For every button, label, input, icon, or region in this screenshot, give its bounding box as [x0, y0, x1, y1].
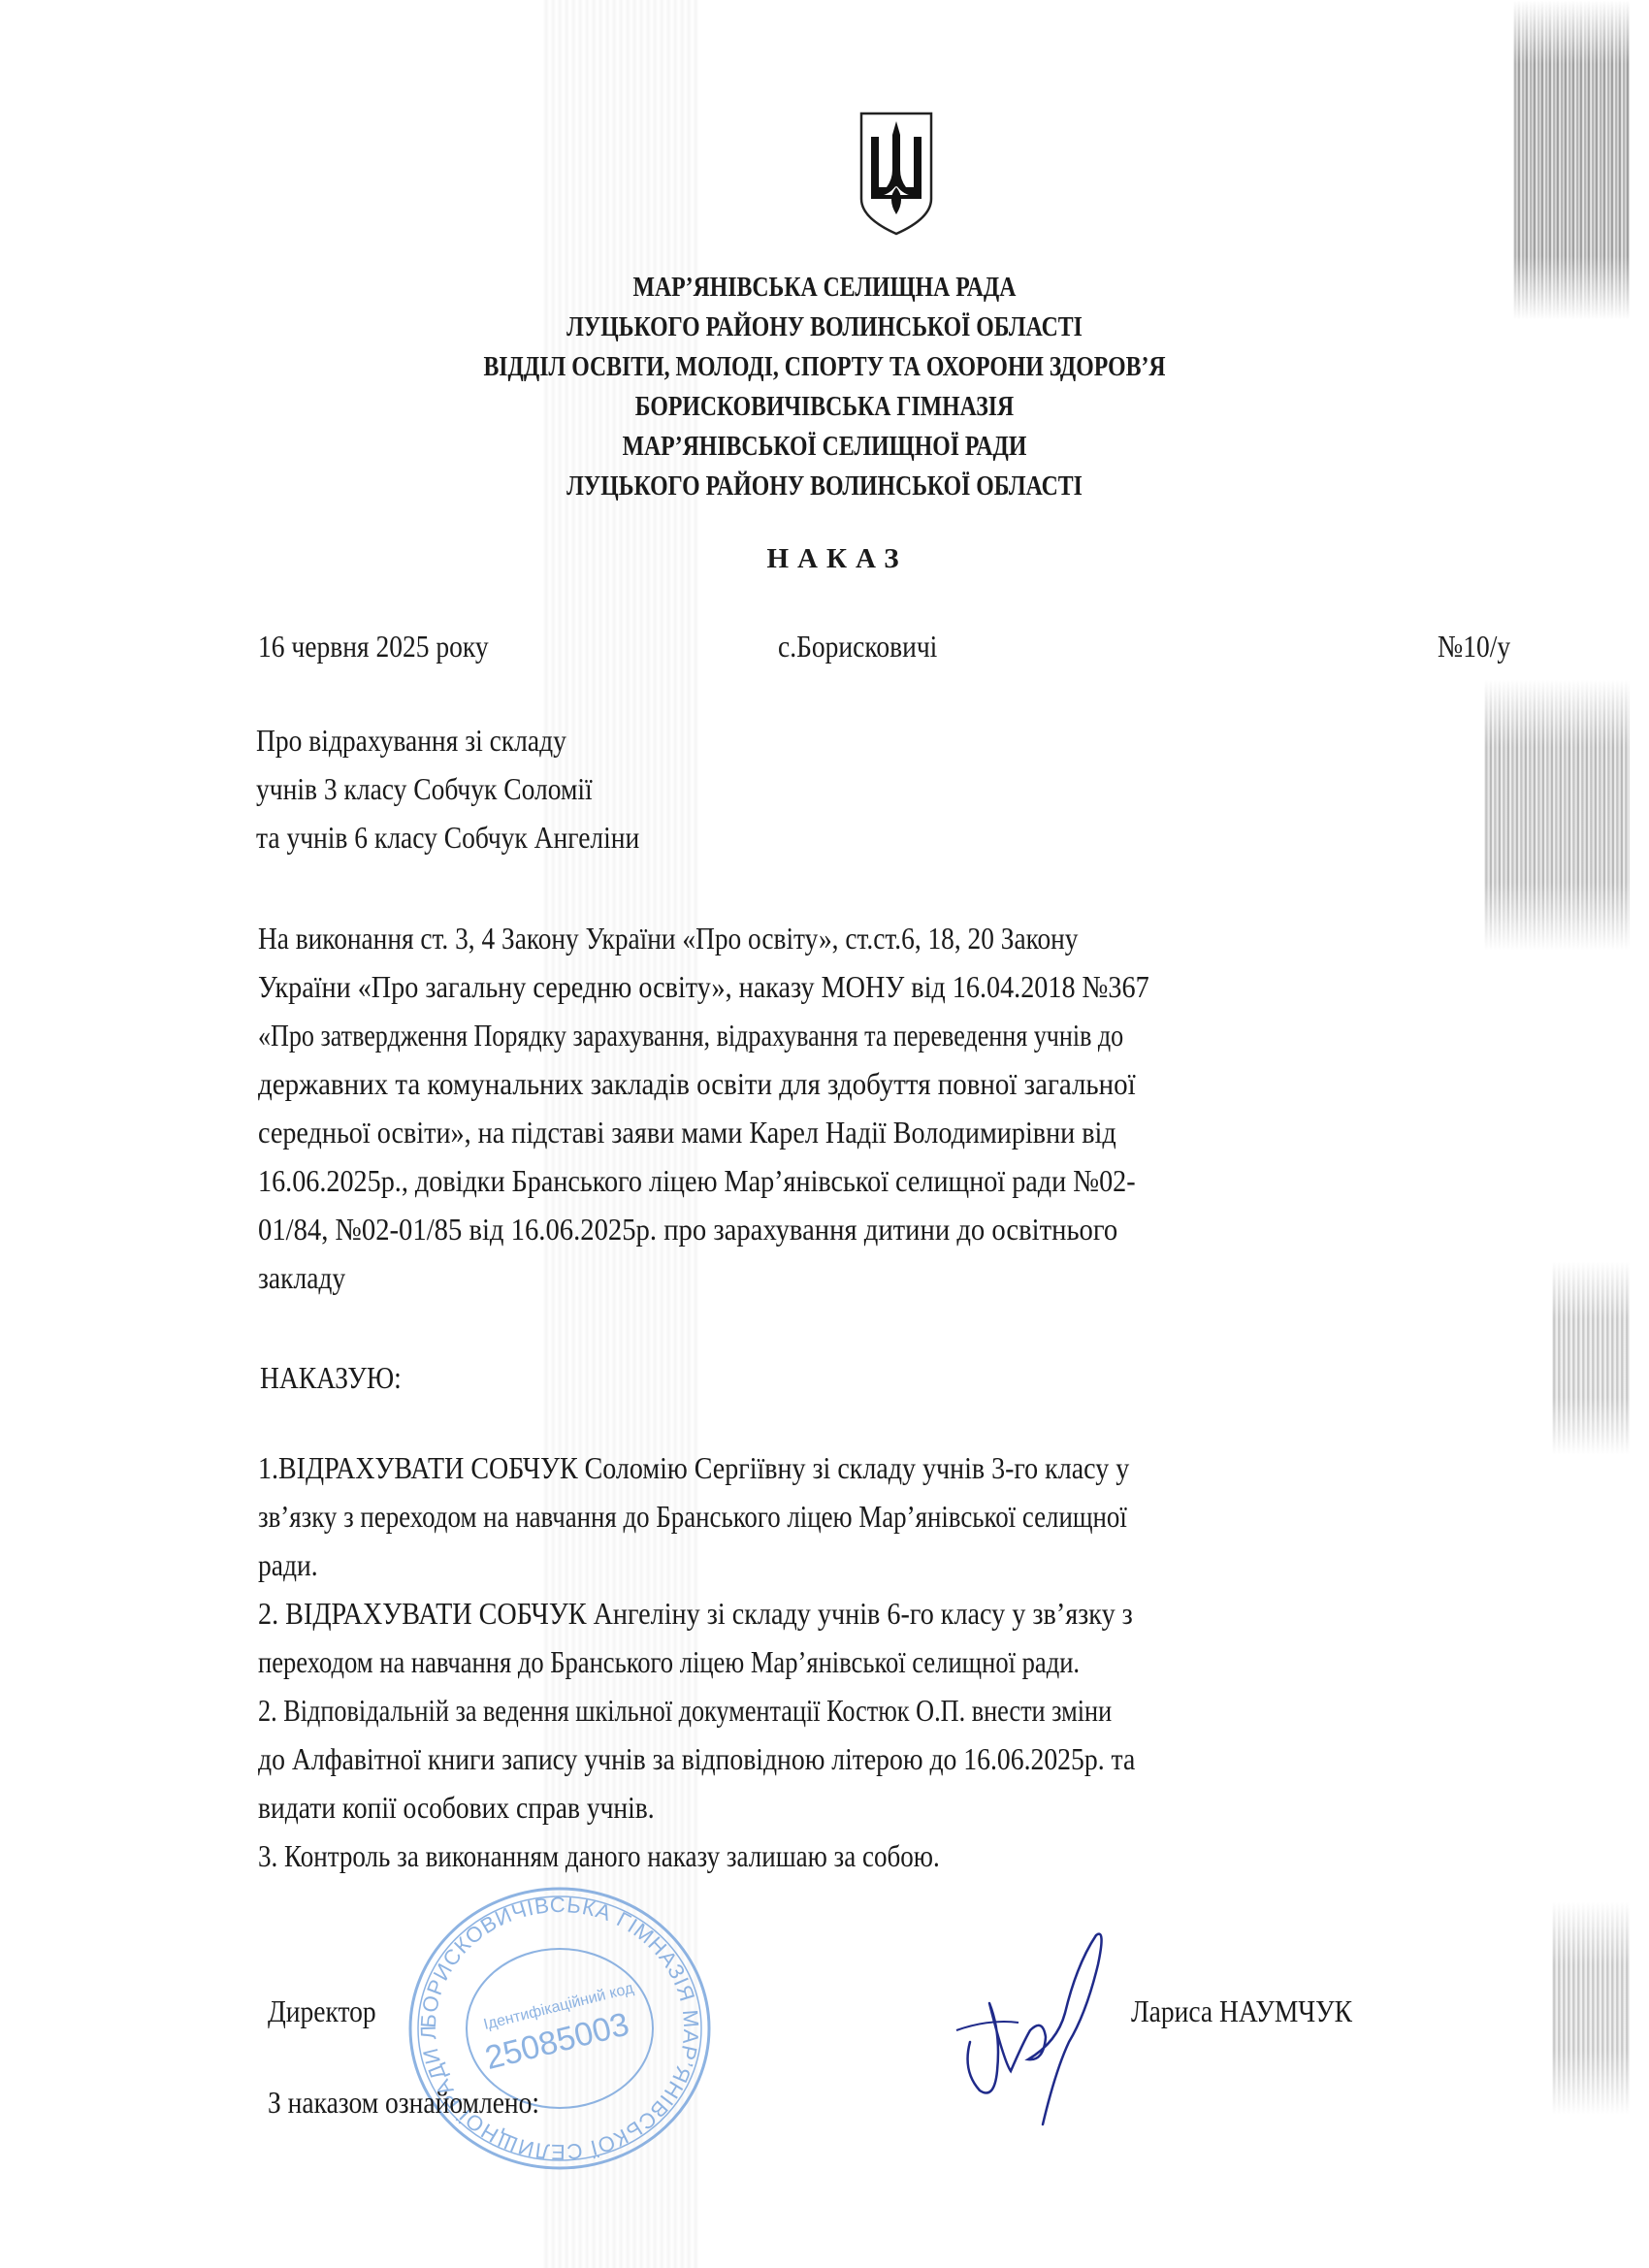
header-line: МАР’ЯНІВСЬКОЇ СЕЛИЩНОЇ РАДИ: [148, 427, 1501, 467]
preamble-line: 16.06.2025р., довідки Бранського ліцею М…: [258, 1156, 1449, 1205]
order-item-line: до Алфавітної книги запису учнів за відп…: [258, 1734, 1429, 1783]
order-item-line: ради.: [258, 1540, 1422, 1589]
order-item-line: 2. ВІДРАХУВАТИ СОБЧУК Ангеліну зі складу…: [258, 1589, 1449, 1637]
handwritten-signature-icon: [951, 1926, 1125, 2129]
signatory-role: Директор: [268, 1993, 376, 2029]
order-preamble: На виконання ст. 3, 4 Закону України «Пр…: [258, 914, 1611, 1302]
order-item-line: зв’язку з переходом на навчання до Бранс…: [258, 1492, 1395, 1540]
order-item-line: 2. Відповідальній за ведення шкільної до…: [258, 1686, 1368, 1734]
order-place: с.Борисковичі: [778, 629, 937, 664]
subject-line: та учнів 6 класу Собчук Ангеліни: [256, 813, 639, 861]
preamble-line: На виконання ст. 3, 4 Закону України «Пр…: [258, 914, 1415, 962]
signatory-name: Лариса НАУМЧУК: [1131, 1993, 1352, 2029]
order-item-line: 3. Контроль за виконанням даного наказу …: [258, 1831, 1402, 1880]
order-items: 1.ВІДРАХУВАТИ СОБЧУК Соломію Сергіївну з…: [258, 1443, 1611, 1880]
header-line: ЛУЦЬКОГО РАЙОНУ ВОЛИНСЬКОЇ ОБЛАСТІ: [148, 308, 1501, 347]
acknowledgement-label: З наказом ознайомлено:: [268, 2085, 539, 2121]
coat-of-arms-icon: [857, 110, 935, 236]
order-subject: Про відрахування зі складу учнів 3 класу…: [256, 716, 702, 861]
preamble-line: 01/84, №02-01/85 від 16.06.2025р. про за…: [258, 1205, 1470, 1253]
institution-header: МАР’ЯНІВСЬКА СЕЛИЩНА РАДА ЛУЦЬКОГО РАЙОН…: [0, 268, 1649, 506]
order-number: №10/у: [1438, 629, 1510, 664]
preamble-line: середньої освіти», на підставі заяви мам…: [258, 1108, 1449, 1156]
subject-line: учнів 3 класу Собчук Соломії: [256, 764, 639, 813]
header-line: ВІДДІЛ ОСВІТИ, МОЛОДІ, СПОРТУ ТА ОХОРОНИ…: [148, 347, 1501, 387]
preamble-line: України «Про загальну середню освіту», н…: [258, 962, 1449, 1011]
official-stamp-icon: БОРИСКОВИЧІВСЬКА ГІМНАЗІЯ МАР’ЯНІВСЬКОЇ …: [405, 1885, 714, 2172]
header-line: БОРИСКОВИЧІВСЬКА ГІМНАЗІЯ: [148, 387, 1501, 427]
order-item-line: 1.ВІДРАХУВАТИ СОБЧУК Соломію Сергіївну з…: [258, 1443, 1442, 1492]
order-date: 16 червня 2025 року: [258, 629, 489, 664]
header-line: ЛУЦЬКОГО РАЙОНУ ВОЛИНСЬКОЇ ОБЛАСТІ: [148, 467, 1501, 506]
scan-artifact: [1484, 679, 1630, 951]
order-item-line: переходом на навчання до Бранського ліце…: [258, 1637, 1381, 1686]
scan-artifact: [1552, 1901, 1630, 2115]
preamble-line: «Про затвердження Порядку зарахування, в…: [258, 1011, 1361, 1059]
preamble-line: державних та комунальних закладів освіти…: [258, 1059, 1482, 1108]
scanned-order-page: МАР’ЯНІВСЬКА СЕЛИЩНА РАДА ЛУЦЬКОГО РАЙОН…: [0, 0, 1649, 2268]
subject-line: Про відрахування зі складу: [256, 716, 639, 764]
order-directive: НАКАЗУЮ:: [260, 1360, 402, 1396]
order-item-line: видати копії особових справ учнів.: [258, 1783, 1422, 1831]
header-line: МАР’ЯНІВСЬКА СЕЛИЩНА РАДА: [148, 268, 1501, 308]
preamble-line: закладу: [258, 1253, 1422, 1302]
document-title: НАКАЗ: [0, 543, 1649, 575]
